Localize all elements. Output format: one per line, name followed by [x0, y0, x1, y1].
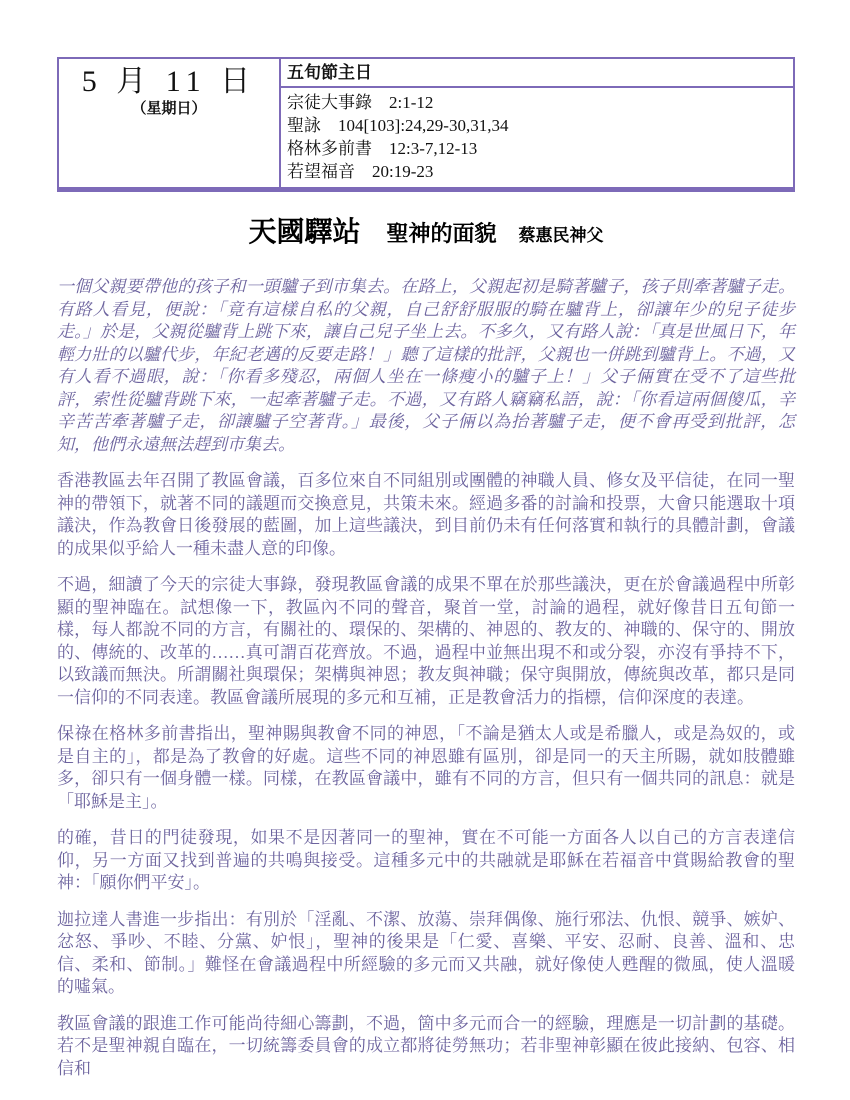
paragraph-pentecost-reflection: 不過，細讀了今天的宗徒大事錄，發現教區會議的成果不單在於那些議決，更在於會議過程… [57, 574, 795, 709]
paragraph-galatians-fruits: 迦拉達人書進一步指出：有別於「淫亂、不潔、放蕩、崇拜偶像、施行邪法、仇恨、競爭、… [57, 909, 795, 999]
author-name: 蔡惠民神父 [519, 226, 604, 245]
paragraph-corinthians-gifts: 保祿在格林多前書指出，聖神賜與教會不同的神恩，「不論是猶太人或是希臘人，或是為奴… [57, 723, 795, 813]
readings-list: 宗徒大事錄 2:1-12 聖詠 104[103]:24,29-30,31,34 … [281, 88, 793, 187]
reading-corinthians: 格林多前書 12:3-7,12-13 [287, 137, 787, 160]
paragraph-followup-cutoff: 教區會議的跟進工作可能尚待細心籌劃，不過，箇中多元而合一的經驗，理應是一切計劃的… [57, 1013, 795, 1081]
reading-gospel-john: 若望福音 20:19-23 [287, 160, 787, 183]
feast-title: 五旬節主日 [281, 59, 793, 88]
reading-acts: 宗徒大事錄 2:1-12 [287, 91, 787, 114]
date-cell: 5 月 11 日 （星期日） [59, 59, 281, 187]
page-content: 5 月 11 日 （星期日） 五旬節主日 宗徒大事錄 2:1-12 聖詠 104… [57, 57, 795, 1094]
date-text: 5 月 11 日 [59, 65, 279, 99]
feast-and-readings-cell: 五旬節主日 宗徒大事錄 2:1-12 聖詠 104[103]:24,29-30,… [281, 59, 793, 187]
topic-title: 聖神的面貌 [387, 221, 497, 246]
series-title: 天國驛站 [248, 217, 360, 248]
paragraph-synod-background: 香港教區去年召開了教區會議，百多位來自不同組別或團體的神職人員、修女及平信徒，在… [57, 470, 795, 560]
weekday-text: （星期日） [59, 99, 279, 119]
parable-paragraph: 一個父親要帶他的孩子和一頭驢子到市集去。在路上，父親起初是騎著驢子，孩子則牽著驢… [57, 276, 795, 456]
paragraph-peace-spirit: 的確，昔日的門徒發現，如果不是因著同一的聖神，實在不可能一方面各人以自己的方言表… [57, 827, 795, 895]
article-body: 一個父親要帶他的孩子和一頭驢子到市集去。在路上，父親起初是騎著驢子，孩子則牽著驢… [57, 276, 795, 1080]
reading-psalm: 聖詠 104[103]:24,29-30,31,34 [287, 114, 787, 137]
article-title: 天國驛站聖神的面貌蔡惠民神父 [57, 210, 795, 250]
bulletin-page: 5 月 11 日 （星期日） 五旬節主日 宗徒大事錄 2:1-12 聖詠 104… [0, 0, 850, 1100]
liturgical-header-table: 5 月 11 日 （星期日） 五旬節主日 宗徒大事錄 2:1-12 聖詠 104… [57, 57, 795, 192]
